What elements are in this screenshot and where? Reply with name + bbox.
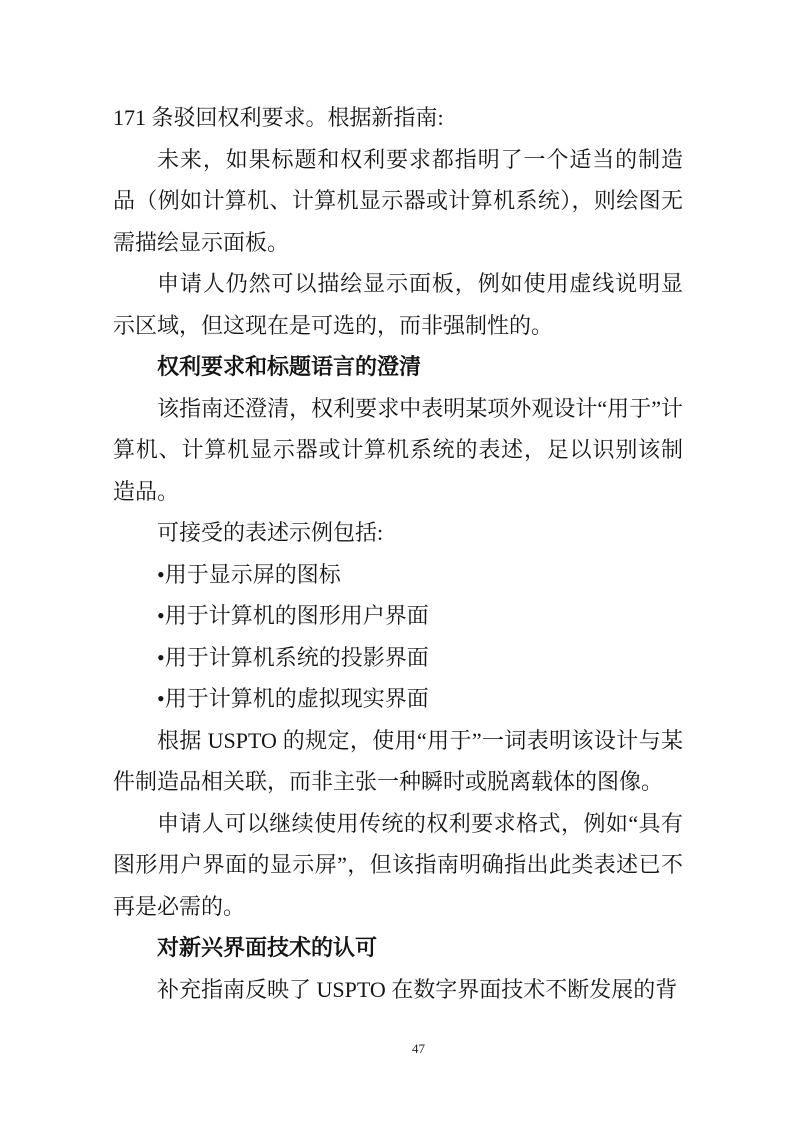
paragraph: 补充指南反映了 USPTO 在数字界面技术不断发展的背: [113, 969, 683, 1011]
paragraph: 该指南还澄清，权利要求中表明某项外观设计“用于”计算机、计算机显示器或计算机系统…: [113, 388, 683, 513]
document-page: 171 条驳回权利要求。根据新指南: 未来，如果标题和权利要求都指明了一个适当的…: [0, 0, 793, 1122]
paragraph: 未来，如果标题和权利要求都指明了一个适当的制造品（例如计算机、计算机显示器或计算…: [113, 139, 683, 264]
paragraph: 申请人可以继续使用传统的权利要求格式，例如“具有图形用户界面的显示屏”，但该指南…: [113, 803, 683, 928]
document-body: 171 条驳回权利要求。根据新指南: 未来，如果标题和权利要求都指明了一个适当的…: [113, 97, 683, 1010]
paragraph: 申请人仍然可以描绘显示面板，例如使用虚线说明显示区域，但这现在是可选的，而非强制…: [113, 263, 683, 346]
bullet-item: •用于计算机的虚拟现实界面: [113, 678, 683, 720]
paragraph: 根据 USPTO 的规定，使用“用于”一词表明该设计与某件制造品相关联，而非主张…: [113, 720, 683, 803]
page-number: 47: [22, 1041, 793, 1056]
section-heading: 权利要求和标题语言的澄清: [113, 346, 683, 388]
bullet-item: •用于计算机的图形用户界面: [113, 595, 683, 637]
bullet-item: •用于计算机系统的投影界面: [113, 637, 683, 679]
paragraph-continuation: 171 条驳回权利要求。根据新指南:: [113, 97, 683, 139]
bullet-item: •用于显示屏的图标: [113, 554, 683, 596]
section-heading: 对新兴界面技术的认可: [113, 927, 683, 969]
paragraph: 可接受的表述示例包括:: [113, 512, 683, 554]
